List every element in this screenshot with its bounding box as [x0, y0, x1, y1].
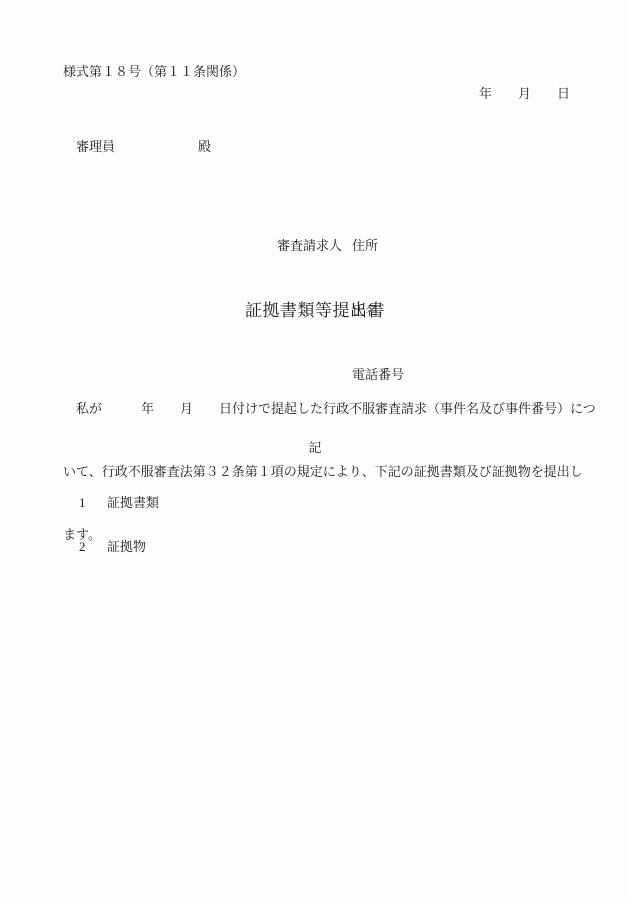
item-label: 証拠書類: [107, 495, 159, 510]
body-line-1: 私が 年 月 日付けで提起した行政不服審査請求（事件名及び事件番号）につ: [63, 398, 578, 419]
requester-label: 審査請求人: [277, 235, 352, 257]
list-item-evidence-objects: 2証拠物: [66, 527, 146, 566]
item-label: 証拠物: [107, 539, 146, 554]
document-title: 証拠書類等提出書: [0, 302, 630, 319]
document-page: 様式第１８号（第１１条関係） 年 月 日 審理員殿 審査請求人 住所 氏名 電話…: [0, 0, 630, 903]
list-item-evidence-documents: 1証拠書類: [66, 483, 159, 522]
body-line-2: いて、行政不服審査法第３２条第１項の規定により、下記の証拠書類及び証拠物を提出し: [63, 461, 578, 482]
requester-row-address: 審査請求人 住所: [277, 235, 404, 257]
addressee-honorific: 殿: [198, 139, 211, 154]
date-line: 年 月 日: [479, 87, 570, 100]
item-number: 1: [79, 496, 107, 509]
item-number: 2: [79, 540, 107, 553]
addressee-line: 審理員殿: [63, 127, 211, 166]
record-marker: 記: [0, 441, 630, 454]
requester-field-address: 住所: [352, 235, 378, 257]
addressee-role: 審理員: [76, 140, 198, 153]
form-number: 様式第１８号（第１１条関係）: [63, 65, 245, 78]
